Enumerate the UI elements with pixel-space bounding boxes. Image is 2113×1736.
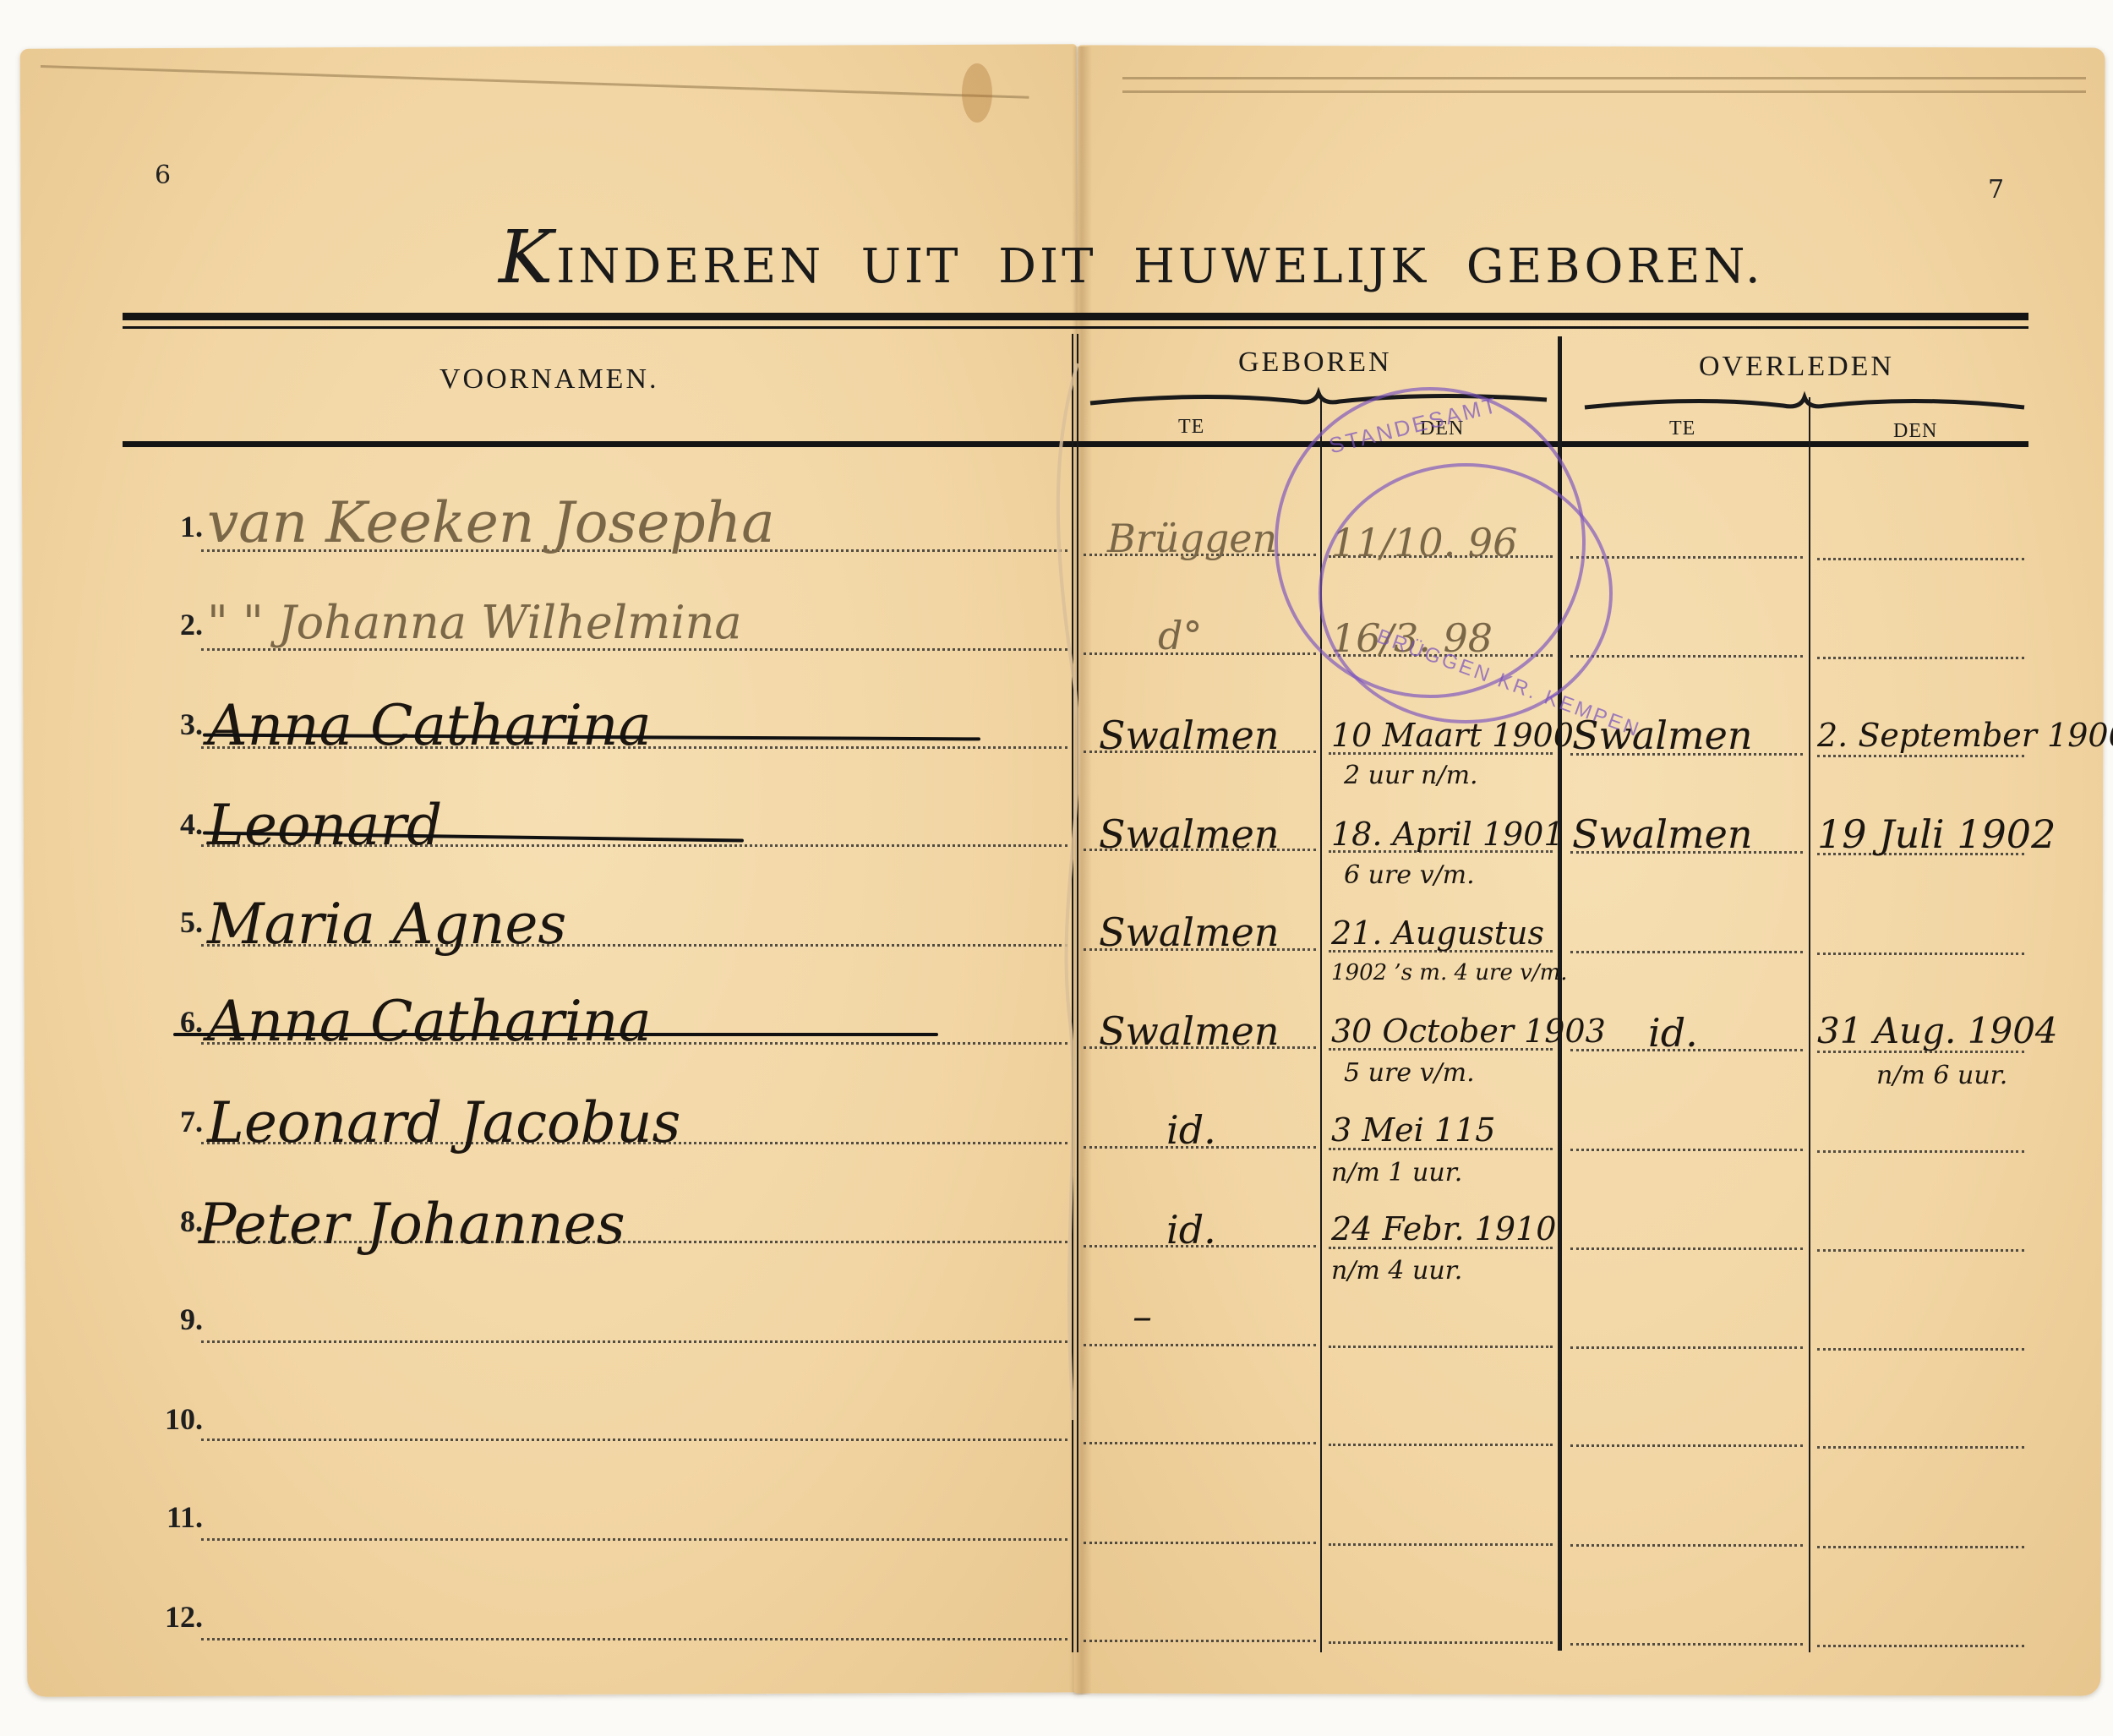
dotted-line [1570,1149,1803,1151]
born-time-7: n/m 1 uur. [1331,1158,1462,1187]
born-place-9: – [1133,1293,1152,1339]
born-date-5: 21. Augustus [1331,914,1544,952]
page-edge-line [1122,90,2086,93]
dotted-line [201,1638,1067,1640]
row-number: 5. [142,904,203,940]
row-number: 12. [142,1599,203,1635]
row-number: 8. [142,1204,203,1239]
born-date-8: 24 Febr. 1910 [1331,1210,1556,1247]
row-number: 1. [142,509,203,544]
born-date-6: 30 October 1903 [1331,1013,1606,1050]
binding-thread [1031,355,1116,1437]
born-place-7: id. [1166,1107,1216,1153]
column-divider-died [1809,397,1810,1652]
row-number: 4. [142,806,203,842]
page-number-left: 6 [155,161,171,190]
dotted-line [1570,1643,1803,1646]
top-thin-rule [123,326,2028,329]
dotted-line [1329,1543,1553,1546]
dotted-line [1329,1444,1553,1446]
dotted-line [1817,953,2024,955]
row-number: 7. [142,1104,203,1139]
header-geboren-te: TE [1178,416,1204,439]
dotted-line [201,1438,1067,1441]
header-brace-overleden [1581,389,2028,414]
born-date-7: 3 Mei 115 [1331,1111,1495,1149]
died-date-4: 19 Juli 1902 [1817,811,2056,857]
dotted-line [1817,1645,2024,1647]
child-name-1: van Keeken Josepha [207,490,775,555]
dotted-line [1570,1544,1803,1547]
born-time-5: 1902 ’s m. 4 ure v/m. [1331,960,1568,985]
header-voornamen: VOORNAMEN. [440,363,659,396]
dotted-line [1084,1542,1316,1544]
died-date-3: 2. September 1900 [1817,717,2113,754]
child-name-5: Maria Agnes [207,892,566,957]
registry-stamp-inner [1319,463,1613,723]
born-time-3: 2 uur n/m. [1344,761,1478,790]
died-place-6: id. [1648,1010,1698,1056]
title-text: INDEREN UIT DIT HUWELIJK GEBOREN. [556,239,1763,294]
header-overleden-te: TE [1669,418,1695,440]
child-name-3: Anna Catharina [207,693,652,758]
dotted-line [1817,558,2024,560]
dotted-line [201,1340,1067,1343]
dotted-line [1570,951,1803,953]
page-edge-line [1122,77,2086,79]
born-date-4: 18. April 1901 [1331,816,1564,853]
born-place-6: Swalmen [1099,1008,1280,1054]
page-title: KINDEREN UIT DIT HUWELIJK GEBOREN. [499,216,1665,300]
died-place-4: Swalmen [1572,811,1753,857]
dotted-line [1570,655,1803,658]
strikethrough [173,1033,938,1036]
water-stain [962,63,992,123]
dotted-line [1570,1346,1803,1349]
dotted-line [1817,1150,2024,1153]
born-place-8: id. [1166,1207,1216,1253]
born-place-5: Swalmen [1099,909,1280,955]
child-name-7: Leonard Jacobus [207,1090,680,1155]
born-time-4: 6 ure v/m. [1344,860,1475,890]
dotted-line [1817,755,2024,757]
top-thick-rule [123,313,2028,320]
died-date-6: 31 Aug. 1904 [1817,1010,2058,1051]
born-place-1: Brüggen [1107,516,1277,561]
row-number: 10. [142,1401,203,1437]
dotted-line [1817,1249,2024,1252]
dotted-line [1570,1247,1803,1250]
dotted-line [201,1538,1067,1541]
dotted-line [1329,1346,1553,1348]
dotted-line [1084,1442,1316,1444]
header-geboren: GEBOREN [1238,347,1392,379]
dotted-line [1570,1444,1803,1447]
child-name-4: Leonard [207,793,442,858]
page-number-right: 7 [1988,175,2004,205]
child-name-6: Anna Catharina [207,989,652,1054]
dotted-line [1817,657,2024,659]
born-place-4: Swalmen [1099,811,1280,857]
child-name-8: Peter Johannes [199,1192,625,1257]
dotted-line [1817,1446,2024,1449]
header-overleden: OVERLEDEN [1699,351,1894,383]
born-place-3: Swalmen [1099,712,1280,758]
dotted-line [1084,1640,1316,1642]
row-number: 3. [142,707,203,742]
born-time-8: n/m 4 uur. [1331,1256,1462,1286]
dotted-line [1817,1546,2024,1548]
header-overleden-den: DEN [1893,420,1937,443]
child-name-2: " " Johanna Wilhelmina [207,596,742,649]
born-time-6: 5 ure v/m. [1344,1058,1475,1088]
row-number: 9. [142,1302,203,1337]
died-time-6: n/m 6 uur. [1876,1061,2007,1090]
title-initial: K [499,216,556,300]
dotted-line [1084,1344,1316,1346]
row-number: 2. [142,607,203,642]
row-number: 11. [142,1499,203,1535]
born-place-2: d° [1158,613,1202,658]
dotted-line [1329,1641,1553,1644]
dotted-line [1817,1348,2024,1351]
